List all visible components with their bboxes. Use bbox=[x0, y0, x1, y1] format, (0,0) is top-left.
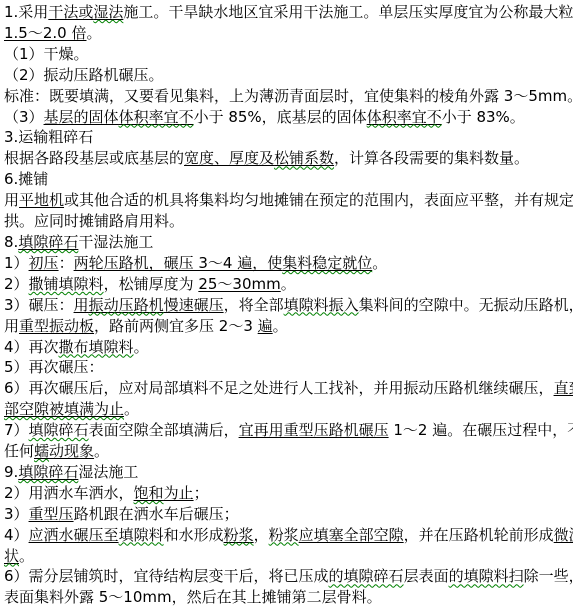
text-run-squiggle: 松铺系数 bbox=[274, 149, 334, 167]
text-run: 体积率宜不 bbox=[367, 108, 442, 126]
text-line: 2）用洒水车洒水，饱和为止； bbox=[4, 483, 570, 504]
text-run: 用 bbox=[4, 317, 19, 335]
text-run-squiggle: 湿法 bbox=[93, 3, 123, 21]
text-run-squiggle: 振动压路机 bbox=[89, 296, 164, 314]
text-line: 1.5～2.0 倍。 bbox=[4, 23, 570, 44]
text-run: 用 bbox=[4, 191, 19, 209]
text-run: ，将全部 bbox=[224, 296, 284, 314]
text-run: 2） bbox=[4, 275, 29, 293]
text-run: 粉浆 bbox=[269, 526, 299, 544]
text-run: ，松铺厚度为 bbox=[104, 275, 199, 293]
text-run: 3.运输粗碎石 bbox=[4, 128, 93, 146]
text-line: 状。 bbox=[4, 546, 570, 567]
text-run: 重型振动板 bbox=[19, 317, 94, 335]
text-run: 8. bbox=[4, 233, 18, 251]
text-run: 初压 bbox=[29, 254, 59, 272]
text-line: 1.采用干法或湿法施工。干旱缺水地区宜采用干法施工。单层压实厚度宜为公称最大粒径… bbox=[4, 2, 570, 23]
text-run-squiggle: 填隙碎石 bbox=[18, 233, 78, 251]
text-run: 4） bbox=[4, 526, 29, 544]
text-run: 除一些，使 bbox=[524, 567, 573, 585]
text-run: （3） bbox=[4, 108, 44, 126]
text-run: ， bbox=[254, 526, 269, 544]
text-run: 表面空隙全部填满后， bbox=[89, 421, 239, 439]
text-run: 慢速碾压 bbox=[164, 296, 224, 314]
text-run: 施工。干旱缺水地区宜采用干法施工。单层压实厚度宜为公称最大粒径的 bbox=[123, 3, 573, 21]
text-run: 6）再次碾压后，应对局部填料不足之处进行人工找补，并用振动压路机继续碾压， bbox=[4, 379, 554, 397]
text-run-squiggle: 体积率宜不 bbox=[119, 108, 194, 126]
text-line: 用平地机或其他合适的机具将集料均匀地摊铺在预定的范围内，表面应平整，并有规定的路 bbox=[4, 190, 570, 211]
text-line: 6.摊铺 bbox=[4, 169, 570, 190]
text-run: 或其他合适的机具将集料均匀地摊铺在预定的范围内，表面应平整，并有规定的路 bbox=[64, 191, 573, 209]
text-run: 应填塞全部空隙 bbox=[299, 526, 404, 544]
document-body: 1.采用干法或湿法施工。干旱缺水地区宜采用干法施工。单层压实厚度宜为公称最大粒径… bbox=[0, 0, 573, 606]
text-run-squiggle: 填隙碎石 bbox=[18, 463, 78, 481]
text-line: 3）重型压路机跟在洒水车后碾压； bbox=[4, 504, 570, 525]
text-run: 6.摊铺 bbox=[4, 170, 48, 188]
text-line: 任何蠕动现象。 bbox=[4, 441, 570, 462]
text-run-squiggle: 集料稳定就位 bbox=[282, 254, 372, 272]
text-run: 1） bbox=[4, 254, 29, 272]
text-run: 3）碾压： bbox=[4, 296, 74, 314]
text-line: 用重型振动板，路前两侧宜多压 2～3 遍。 bbox=[4, 316, 570, 337]
text-run: 平地机 bbox=[19, 191, 64, 209]
text-run: 3） bbox=[4, 505, 29, 523]
text-run: 动现象 bbox=[49, 442, 94, 460]
text-run: 蠕 bbox=[34, 442, 49, 460]
text-run: 状 bbox=[4, 547, 19, 565]
text-line: 拱。应同时摊铺路肩用料。 bbox=[4, 211, 570, 232]
text-run: 直到全 bbox=[554, 379, 573, 397]
text-run: 干法或 bbox=[48, 3, 93, 21]
text-run: 体积率宜不 bbox=[119, 108, 194, 126]
text-run-squiggle: 粉浆 bbox=[224, 526, 254, 544]
text-line: （1）干燥。 bbox=[4, 44, 570, 65]
text-run: 5）再次碾压： bbox=[4, 358, 104, 376]
text-run: 用 bbox=[74, 296, 89, 314]
text-line: 4）应洒水碾压至填隙料和水形成粉浆，粉浆应填塞全部空隙，并在压路机轮前形成微波纹 bbox=[4, 525, 570, 546]
text-run: 。 bbox=[86, 24, 101, 42]
text-run: 。 bbox=[19, 547, 34, 565]
text-run: 根据各路段基层或底基层的 bbox=[4, 149, 184, 167]
text-run: 宜再用重型压路机碾压 bbox=[239, 421, 389, 439]
text-run: 的填隙料扫 bbox=[449, 567, 524, 585]
text-run: 。 bbox=[281, 275, 296, 293]
text-run: 填隙料振入 bbox=[284, 296, 359, 314]
text-run: 小于 85%，底基层的固体 bbox=[194, 108, 367, 126]
text-run: 9. bbox=[4, 463, 18, 481]
text-run: 重型压 bbox=[29, 505, 74, 523]
text-run: 和水形成 bbox=[164, 526, 224, 544]
text-run: 任何 bbox=[4, 442, 34, 460]
text-run: 。 bbox=[372, 254, 387, 272]
text-line: 1）初压：两轮压路机，碾压 3～4 遍，使集料稳定就位。 bbox=[4, 253, 570, 274]
text-line: 6）需分层铺筑时，宜待结构层变干后，将已压成的填隙碎石层表面的填隙料扫除一些，使 bbox=[4, 566, 570, 587]
text-run: 宽度、厚度及 bbox=[184, 149, 274, 167]
text-line: 部空隙被填满为止。 bbox=[4, 399, 570, 420]
text-run: 路机跟在洒水车后碾压； bbox=[74, 505, 239, 523]
text-run: 的填隙碎石 bbox=[329, 567, 404, 585]
text-run: 为止 bbox=[164, 484, 194, 502]
text-run: （1）干燥。 bbox=[4, 45, 89, 63]
text-run: 基层的固体 bbox=[44, 108, 119, 126]
text-run: 填隙碎石 bbox=[18, 233, 78, 251]
text-run: 微波纹 bbox=[554, 526, 573, 544]
text-run: 1.5～2.0 倍 bbox=[4, 24, 86, 42]
text-run: 25～30mm bbox=[198, 275, 280, 293]
text-run: 撒布填隙料 bbox=[59, 338, 134, 356]
text-run: 6）需分层铺筑时，宜待结构层变干后，将已压成 bbox=[4, 567, 329, 585]
text-line: 根据各路段基层或底基层的宽度、厚度及松铺系数，计算各段需要的集料数量。 bbox=[4, 148, 570, 169]
text-run: 。 bbox=[124, 400, 139, 418]
text-run: 湿法 bbox=[93, 3, 123, 21]
text-run: 集料稳定就位 bbox=[282, 254, 372, 272]
text-line: 5）再次碾压： bbox=[4, 357, 570, 378]
text-line: 7）填隙碎石表面空隙全部填满后，宜再用重型压路机碾压 1～2 遍。在碾压过程中，… bbox=[4, 420, 570, 441]
text-run: ，路前两侧宜多压 2～3 bbox=[94, 317, 258, 335]
text-run: 两轮压路机，碾压 3～4 遍，使 bbox=[74, 254, 283, 272]
text-run: 粉浆 bbox=[224, 526, 254, 544]
text-run: 1～2 遍。在碾压过程中，不应有 bbox=[389, 421, 573, 439]
text-run: ，并在压路机轮前形成 bbox=[404, 526, 554, 544]
text-run: 振动压路机 bbox=[89, 296, 164, 314]
text-run-squiggle: 蠕 bbox=[34, 442, 49, 460]
text-run: 标准：既要填满，又要看见集料，上为薄沥青面层时，宜使集料的棱角外露 3～5mm。 bbox=[4, 87, 573, 105]
text-run: 集料间的空隙中。无振动压路机，可 bbox=[359, 296, 573, 314]
text-run: ，计算各段需要的集料数量。 bbox=[334, 149, 529, 167]
text-run: 。 bbox=[134, 338, 149, 356]
text-run: 干湿法施工 bbox=[78, 233, 153, 251]
text-run: （2）振动压路机碾压。 bbox=[4, 66, 164, 84]
text-run: 1.采用 bbox=[4, 3, 48, 21]
text-run: 层表面 bbox=[404, 567, 449, 585]
text-run: 撒铺填隙料 bbox=[29, 275, 104, 293]
text-run: 。 bbox=[94, 442, 109, 460]
text-line: （3）基层的固体体积率宜不小于 85%，底基层的固体体积率宜不小于 83%。 bbox=[4, 107, 570, 128]
text-run-squiggle: 饱和 bbox=[134, 484, 164, 502]
text-run: ： bbox=[59, 254, 74, 272]
text-run: 表面集料外露 5～10mm，然后在其上摊铺第二层骨料。 bbox=[4, 588, 382, 606]
text-run-squiggle: 部空隙被填满为止 bbox=[4, 400, 124, 418]
text-run: 拱。应同时摊铺路肩用料。 bbox=[4, 212, 184, 230]
text-run: 遍 bbox=[258, 317, 273, 335]
text-run: 部空隙被填满为止 bbox=[4, 400, 124, 418]
text-run: 饱和 bbox=[134, 484, 164, 502]
text-run: 应洒水碾压至 bbox=[29, 526, 119, 544]
text-run: 小于 83%。 bbox=[442, 108, 525, 126]
text-line: 3）碾压：用振动压路机慢速碾压，将全部填隙料振入集料间的空隙中。无振动压路机，可 bbox=[4, 295, 570, 316]
text-run: 2）用洒水车洒水， bbox=[4, 484, 134, 502]
text-run: 填隙碎石 bbox=[29, 421, 89, 439]
text-run: 填隙碎石 bbox=[18, 463, 78, 481]
text-line: （2）振动压路机碾压。 bbox=[4, 65, 570, 86]
text-line: 2）撒铺填隙料，松铺厚度为 25～30mm。 bbox=[4, 274, 570, 295]
text-line: 标准：既要填满，又要看见集料，上为薄沥青面层时，宜使集料的棱角外露 3～5mm。 bbox=[4, 86, 570, 107]
text-run: 填隙料 bbox=[119, 526, 164, 544]
text-line: 3.运输粗碎石 bbox=[4, 127, 570, 148]
text-run-squiggle: 状 bbox=[4, 547, 19, 565]
text-line: 8.填隙碎石干湿法施工 bbox=[4, 232, 570, 253]
text-run-squiggle: 体积率宜不 bbox=[367, 108, 442, 126]
text-line: 4）再次撒布填隙料。 bbox=[4, 337, 570, 358]
text-line: 6）再次碾压后，应对局部填料不足之处进行人工找补，并用振动压路机继续碾压，直到全 bbox=[4, 378, 570, 399]
text-run: 湿法施工 bbox=[78, 463, 138, 481]
text-line: 9.填隙碎石湿法施工 bbox=[4, 462, 570, 483]
text-run: ； bbox=[194, 484, 209, 502]
text-run: 7） bbox=[4, 421, 29, 439]
text-run: 。 bbox=[273, 317, 288, 335]
text-run: 4）再次 bbox=[4, 338, 59, 356]
text-line: 表面集料外露 5～10mm，然后在其上摊铺第二层骨料。 bbox=[4, 587, 570, 606]
text-run: 松铺系数 bbox=[274, 149, 334, 167]
